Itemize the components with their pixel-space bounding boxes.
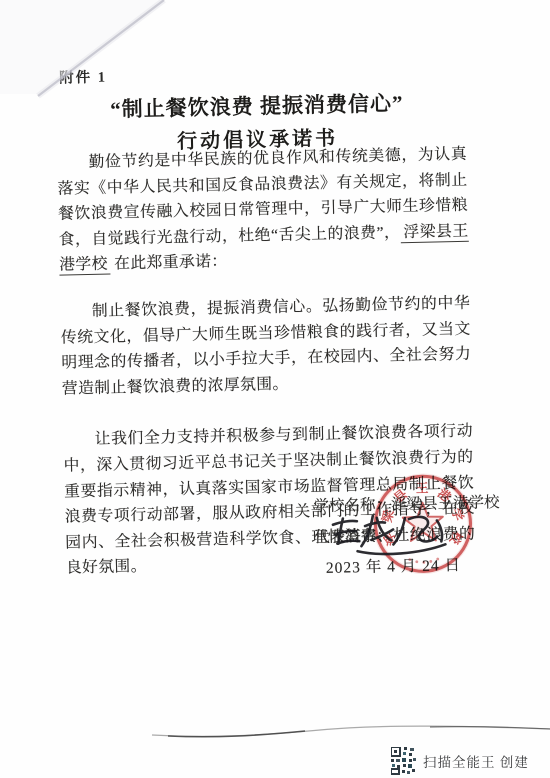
watermark-text: 扫描全能王 创建 [423, 751, 529, 771]
school-name-value: 浮梁县王港学校 [391, 494, 500, 513]
attachment-label: 附件 1 [59, 66, 107, 88]
scanner-watermark: 扫描全能王 创建 [391, 746, 529, 776]
paragraph-1: 勤俭节约是中华民族的优良作风和传统美德，为认真落实《中华人民共和国反食品浪费法》… [57, 142, 470, 279]
scanned-document-page: 附件 1 “制止餐饮浪费 提振消费信心” 行动倡议承诺书 勤俭节约是中华民族的优… [0, 0, 550, 778]
signer-line: 代表签字： [314, 518, 515, 553]
signer-label: 代表签字： [314, 527, 392, 546]
paragraph-1-post: 在此郑重承诺： [110, 253, 228, 273]
signature-block: 学校名称：浮梁县王港学校 代表签字： 2023 年 4 月 24 日 [313, 487, 515, 584]
school-name-label: 学校名称： [313, 496, 391, 515]
school-name-line: 学校名称：浮梁县王港学校 [313, 487, 514, 522]
document-content: 附件 1 “制止餐饮浪费 提振消费信心” 行动倡议承诺书 勤俭节约是中华民族的优… [0, 0, 550, 778]
paragraph-2: 制止餐饮浪费，提振消费信心。弘扬勤俭节约的中华传统文化，倡导广大师生既当珍惜粮食… [60, 291, 472, 402]
qr-code-icon [391, 747, 416, 775]
date-line: 2023 年 4 月 24 日 [326, 549, 516, 584]
